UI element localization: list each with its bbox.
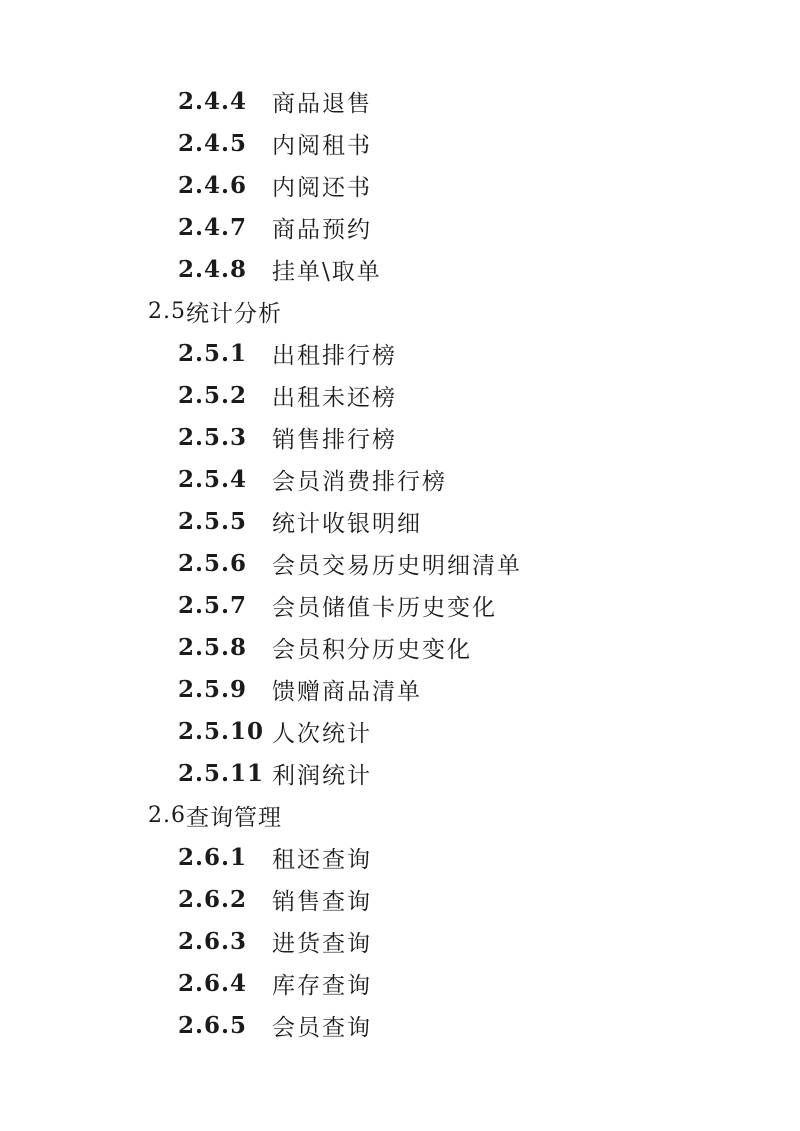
toc-row: 2.5.8会员积分历史变化 xyxy=(0,626,800,668)
toc-row: 2.6.4库存查询 xyxy=(0,962,800,1004)
toc-entry-label: 内阅还书 xyxy=(272,169,372,202)
toc-entry-label: 统计收银明细 xyxy=(272,505,422,538)
toc-row: 2.4.4商品退售 xyxy=(0,80,800,122)
toc-entry-label: 馈赠商品清单 xyxy=(272,673,422,706)
toc-row: 2.4.5内阅租书 xyxy=(0,122,800,164)
toc-row: 2.5.11利润统计 xyxy=(0,752,800,794)
toc-entry-number: 2.4.4 xyxy=(178,88,272,115)
toc-row: 2.5.6会员交易历史明细清单 xyxy=(0,542,800,584)
toc-entry-number: 2.4.7 xyxy=(178,214,272,241)
toc-entry-number: 2.5.6 xyxy=(178,550,272,577)
toc-entry-label: 销售查询 xyxy=(272,883,372,916)
toc-section-label: 查询管理 xyxy=(186,799,282,832)
toc-entry-number: 2.5.1 xyxy=(178,340,272,367)
toc-row: 2.6.5会员查询 xyxy=(0,1004,800,1046)
toc-entry-label: 内阅租书 xyxy=(272,127,372,160)
toc-row: 2.4.8挂单\取单 xyxy=(0,248,800,290)
toc-entry-number: 2.5.11 xyxy=(178,760,272,787)
toc-entry-label: 库存查询 xyxy=(272,967,372,1000)
toc-entry-number: 2.5.3 xyxy=(178,424,272,451)
toc-entry-number: 2.6.1 xyxy=(178,844,272,871)
toc-section-label: 统计分析 xyxy=(186,295,282,328)
toc-entry-number: 2.5.8 xyxy=(178,634,272,661)
toc-entry-label: 出租未还榜 xyxy=(272,379,397,412)
toc-entry-number: 2.6.5 xyxy=(178,1012,272,1039)
toc-section-number: 2.6 xyxy=(148,803,186,828)
toc-entry-label: 会员积分历史变化 xyxy=(272,631,472,664)
toc-entry-label: 会员交易历史明细清单 xyxy=(272,547,522,580)
document-page: 2.4.4商品退售 2.4.5内阅租书 2.4.6内阅还书 2.4.7商品预约 … xyxy=(0,0,800,1131)
toc-row: 2.5.4会员消费排行榜 xyxy=(0,458,800,500)
toc-section-number: 2.5 xyxy=(148,299,186,324)
toc-row: 2.5.2出租未还榜 xyxy=(0,374,800,416)
toc-row: 2.5.9馈赠商品清单 xyxy=(0,668,800,710)
toc-entry-number: 2.5.2 xyxy=(178,382,272,409)
toc-entry-label: 会员查询 xyxy=(272,1009,372,1042)
toc-entry-number: 2.4.8 xyxy=(178,256,272,283)
toc-row: 2.5.10人次统计 xyxy=(0,710,800,752)
toc-row: 2.6.1租还查询 xyxy=(0,836,800,878)
toc-row: 2.6.2销售查询 xyxy=(0,878,800,920)
toc-section-row: 2.5统计分析 xyxy=(0,290,800,332)
table-of-contents: 2.4.4商品退售 2.4.5内阅租书 2.4.6内阅还书 2.4.7商品预约 … xyxy=(0,80,800,1046)
toc-entry-label: 利润统计 xyxy=(272,757,372,790)
toc-row: 2.5.5统计收银明细 xyxy=(0,500,800,542)
toc-entry-number: 2.6.4 xyxy=(178,970,272,997)
toc-entry-number: 2.6.2 xyxy=(178,886,272,913)
toc-row: 2.5.3销售排行榜 xyxy=(0,416,800,458)
toc-entry-label: 商品预约 xyxy=(272,211,372,244)
toc-entry-label: 人次统计 xyxy=(272,715,372,748)
toc-entry-label: 租还查询 xyxy=(272,841,372,874)
toc-entry-label: 销售排行榜 xyxy=(272,421,397,454)
toc-entry-label: 进货查询 xyxy=(272,925,372,958)
toc-entry-number: 2.4.6 xyxy=(178,172,272,199)
toc-entry-number: 2.4.5 xyxy=(178,130,272,157)
toc-entry-number: 2.6.3 xyxy=(178,928,272,955)
toc-row: 2.4.6内阅还书 xyxy=(0,164,800,206)
toc-entry-label: 会员储值卡历史变化 xyxy=(272,589,497,622)
toc-entry-number: 2.5.5 xyxy=(178,508,272,535)
toc-entry-number: 2.5.7 xyxy=(178,592,272,619)
toc-entry-label: 出租排行榜 xyxy=(272,337,397,370)
toc-entry-number: 2.5.9 xyxy=(178,676,272,703)
toc-row: 2.4.7商品预约 xyxy=(0,206,800,248)
toc-entry-label: 会员消费排行榜 xyxy=(272,463,447,496)
toc-row: 2.5.1出租排行榜 xyxy=(0,332,800,374)
toc-entry-number: 2.5.10 xyxy=(178,718,272,745)
toc-entry-label: 商品退售 xyxy=(272,85,372,118)
toc-entry-label: 挂单\取单 xyxy=(272,253,382,286)
toc-row: 2.6.3进货查询 xyxy=(0,920,800,962)
toc-section-row: 2.6查询管理 xyxy=(0,794,800,836)
toc-entry-number: 2.5.4 xyxy=(178,466,272,493)
toc-row: 2.5.7会员储值卡历史变化 xyxy=(0,584,800,626)
